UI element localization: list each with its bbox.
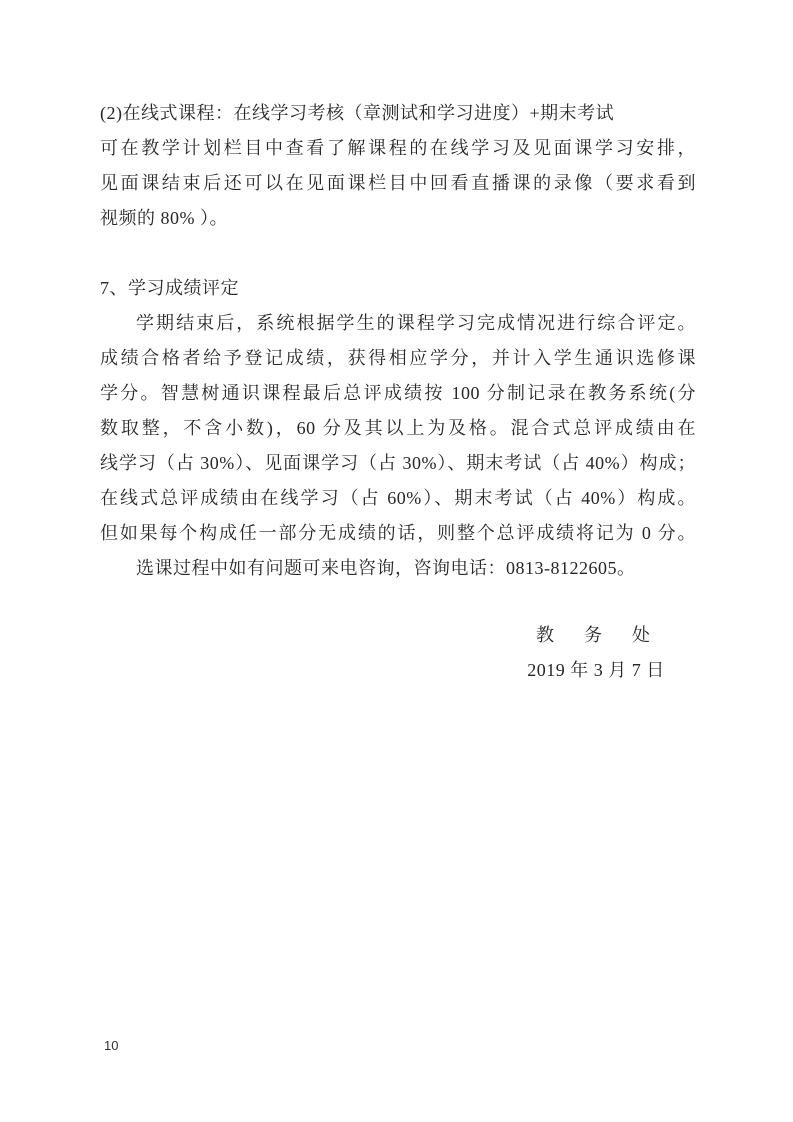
signature-date: 2019 年 3 月 7 日 <box>506 653 686 688</box>
paragraph-line: 见面课结束后还可以在见面课栏目中回看直播课的录像（要求看到 <box>100 166 696 201</box>
paragraph-line: 可在教学计划栏目中查看了解课程的在线学习及见面课学习安排， <box>100 131 696 166</box>
contact-line: 选课过程中如有问题可来电咨询，咨询电话：0813-8122605。 <box>100 551 696 586</box>
section-heading: 7、学习成绩评定 <box>100 271 696 306</box>
paragraph-line: 线学习（占 30%）、见面课学习（占 30%）、期末考试（占 40%）构成； <box>100 446 696 481</box>
paragraph-line: (2)在线式课程：在线学习考核（章测试和学习进度）+期末考试 <box>100 96 696 131</box>
document-page: (2)在线式课程：在线学习考核（章测试和学习进度）+期末考试 可在教学计划栏目中… <box>0 0 793 1122</box>
paragraph-line: 但如果每个构成任一部分无成绩的话，则整个总评成绩将记为 0 分。 <box>100 516 696 551</box>
paragraph-line: 学分。智慧树通识课程最后总评成绩按 100 分制记录在教务系统(分 <box>100 376 696 411</box>
signature-org: 教 务 处 <box>506 618 686 653</box>
paragraph-line: 在线式总评成绩由在线学习（占 60%）、期末考试（占 40%）构成。 <box>100 481 696 516</box>
paragraph-line: 视频的 80% ）。 <box>100 201 696 236</box>
paragraph-line: 成绩合格者给予登记成绩，获得相应学分，并计入学生通识选修课 <box>100 341 696 376</box>
paragraph-line: 学期结束后，系统根据学生的课程学习完成情况进行综合评定。 <box>100 306 696 341</box>
paragraph-line: 数取整，不含小数)，60 分及其以上为及格。混合式总评成绩由在 <box>100 411 696 446</box>
document-body: (2)在线式课程：在线学习考核（章测试和学习进度）+期末考试 可在教学计划栏目中… <box>100 96 696 688</box>
signature-block: 教 务 处 2019 年 3 月 7 日 <box>506 618 686 688</box>
page-number: 10 <box>104 1038 118 1053</box>
